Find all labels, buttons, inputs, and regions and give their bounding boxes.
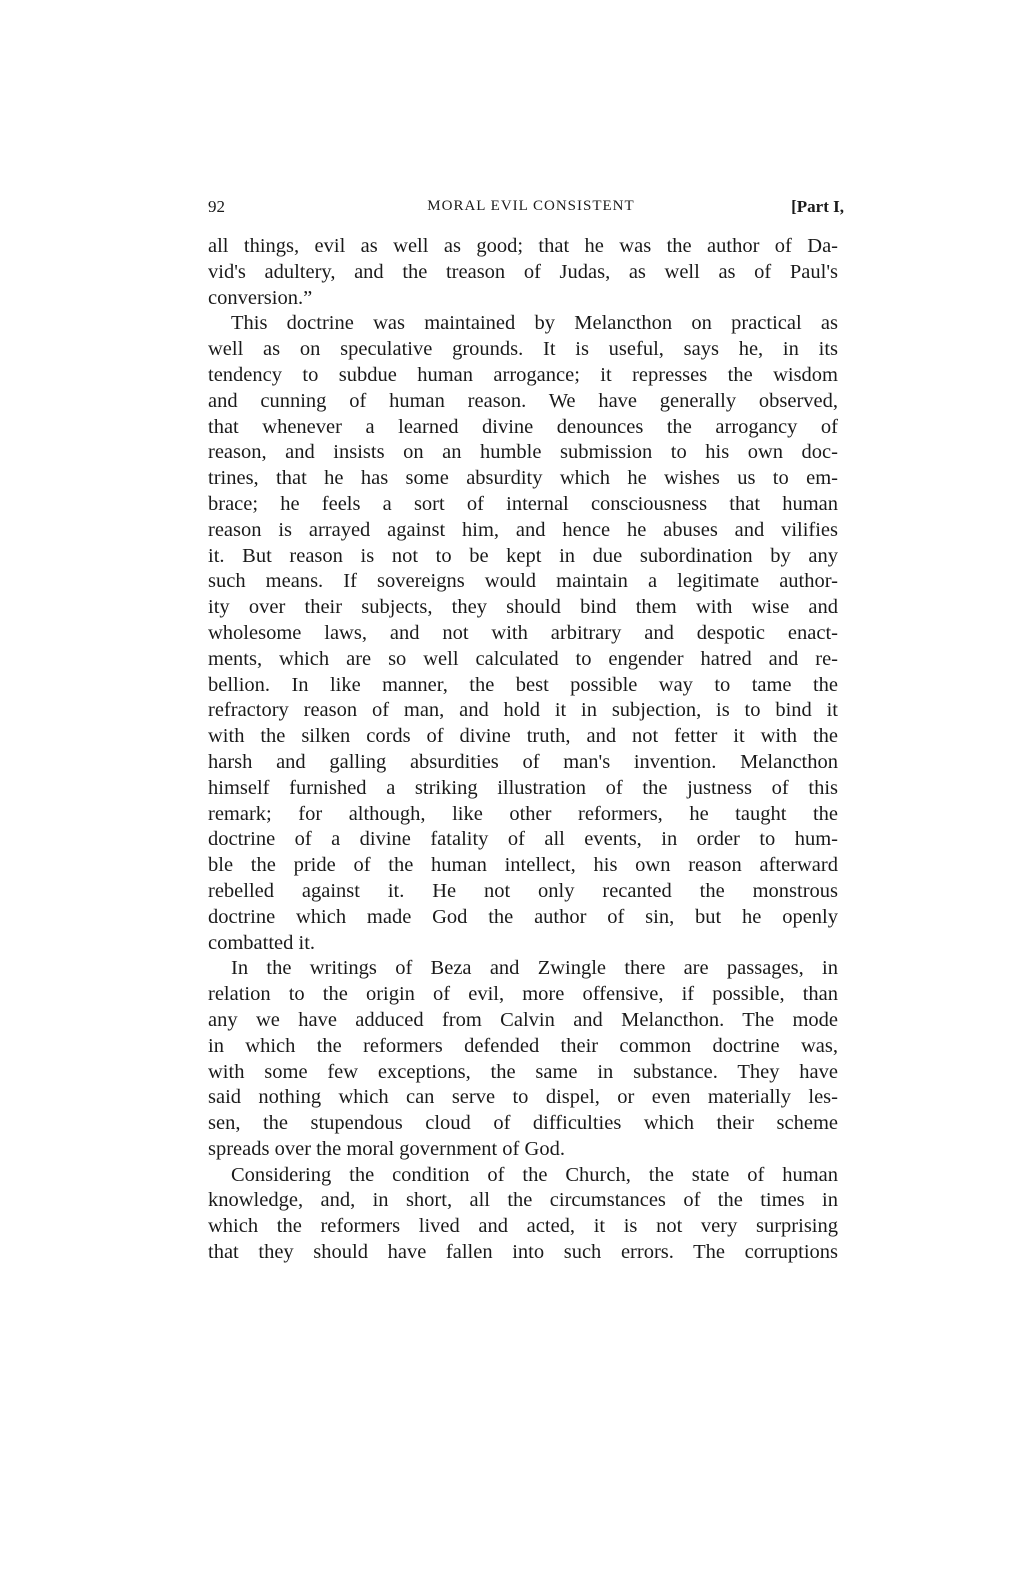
text-line: brace; he feels a sort of internal consc… xyxy=(208,492,838,518)
text-line: wholesome laws, and not with arbitrary a… xyxy=(208,621,838,647)
text-line: ments, which are so well calculated to e… xyxy=(208,647,838,673)
text-line: combatted it. xyxy=(208,931,838,957)
text-line: doctrine which made God the author of si… xyxy=(208,905,838,931)
text-line: ity over their subjects, they should bin… xyxy=(208,595,838,621)
text-line: and cunning of human reason. We have gen… xyxy=(208,389,838,415)
text-line: doctrine of a divine fatality of all eve… xyxy=(208,827,838,853)
text-line: bellion. In like manner, the best possib… xyxy=(208,673,838,699)
text-line: reason, and insists on an humble submiss… xyxy=(208,440,838,466)
running-head: 92 MORAL EVIL CONSISTENT [Part I, xyxy=(208,197,844,219)
text-line: which the reformers lived and acted, it … xyxy=(208,1214,838,1240)
text-line: any we have adduced from Calvin and Mela… xyxy=(208,1008,838,1034)
text-line: all things, evil as well as good; that h… xyxy=(208,234,838,260)
text-line: rebelled against it. He not only recante… xyxy=(208,879,838,905)
text-line: with some few exceptions, the same in su… xyxy=(208,1060,838,1086)
text-line: ble the pride of the human intellect, hi… xyxy=(208,853,838,879)
text-line: with the silken cords of divine truth, a… xyxy=(208,724,838,750)
text-line: said nothing which can serve to dispel, … xyxy=(208,1085,838,1111)
text-line: vid's adultery, and the treason of Judas… xyxy=(208,260,838,286)
text-line: remark; for although, like other reforme… xyxy=(208,802,838,828)
text-line: harsh and galling absurdities of man's i… xyxy=(208,750,838,776)
text-line: conversion.” xyxy=(208,286,838,312)
part-label: [Part I, xyxy=(791,197,844,217)
text-line: in which the reformers defended their co… xyxy=(208,1034,838,1060)
running-title: MORAL EVIL CONSISTENT xyxy=(208,198,844,215)
text-line: that whenever a learned divine denounces… xyxy=(208,415,838,441)
text-line: trines, that he has some absurdity which… xyxy=(208,466,838,492)
text-line: knowledge, and, in short, all the circum… xyxy=(208,1188,838,1214)
body-text: all things, evil as well as good; that h… xyxy=(208,234,838,1266)
text-line: such means. If sovereigns would maintain… xyxy=(208,569,838,595)
paragraph-start-line: This doctrine was maintained by Melancth… xyxy=(208,311,838,337)
text-line: relation to the origin of evil, more off… xyxy=(208,982,838,1008)
text-line: well as on speculative grounds. It is us… xyxy=(208,337,838,363)
text-line: spreads over the moral government of God… xyxy=(208,1137,838,1163)
paragraph-start-line: Considering the condition of the Church,… xyxy=(208,1163,838,1189)
text-line: himself furnished a striking illustratio… xyxy=(208,776,838,802)
text-line: it. But reason is not to be kept in due … xyxy=(208,544,838,570)
text-line: reason is arrayed against him, and hence… xyxy=(208,518,838,544)
text-line: refractory reason of man, and hold it in… xyxy=(208,698,838,724)
text-line: tendency to subdue human arrogance; it r… xyxy=(208,363,838,389)
text-line: sen, the stupendous cloud of difficultie… xyxy=(208,1111,838,1137)
text-line: that they should have fallen into such e… xyxy=(208,1240,838,1266)
paragraph-start-line: In the writings of Beza and Zwingle ther… xyxy=(208,956,838,982)
book-page: 92 MORAL EVIL CONSISTENT [Part I, all th… xyxy=(0,0,1011,1580)
